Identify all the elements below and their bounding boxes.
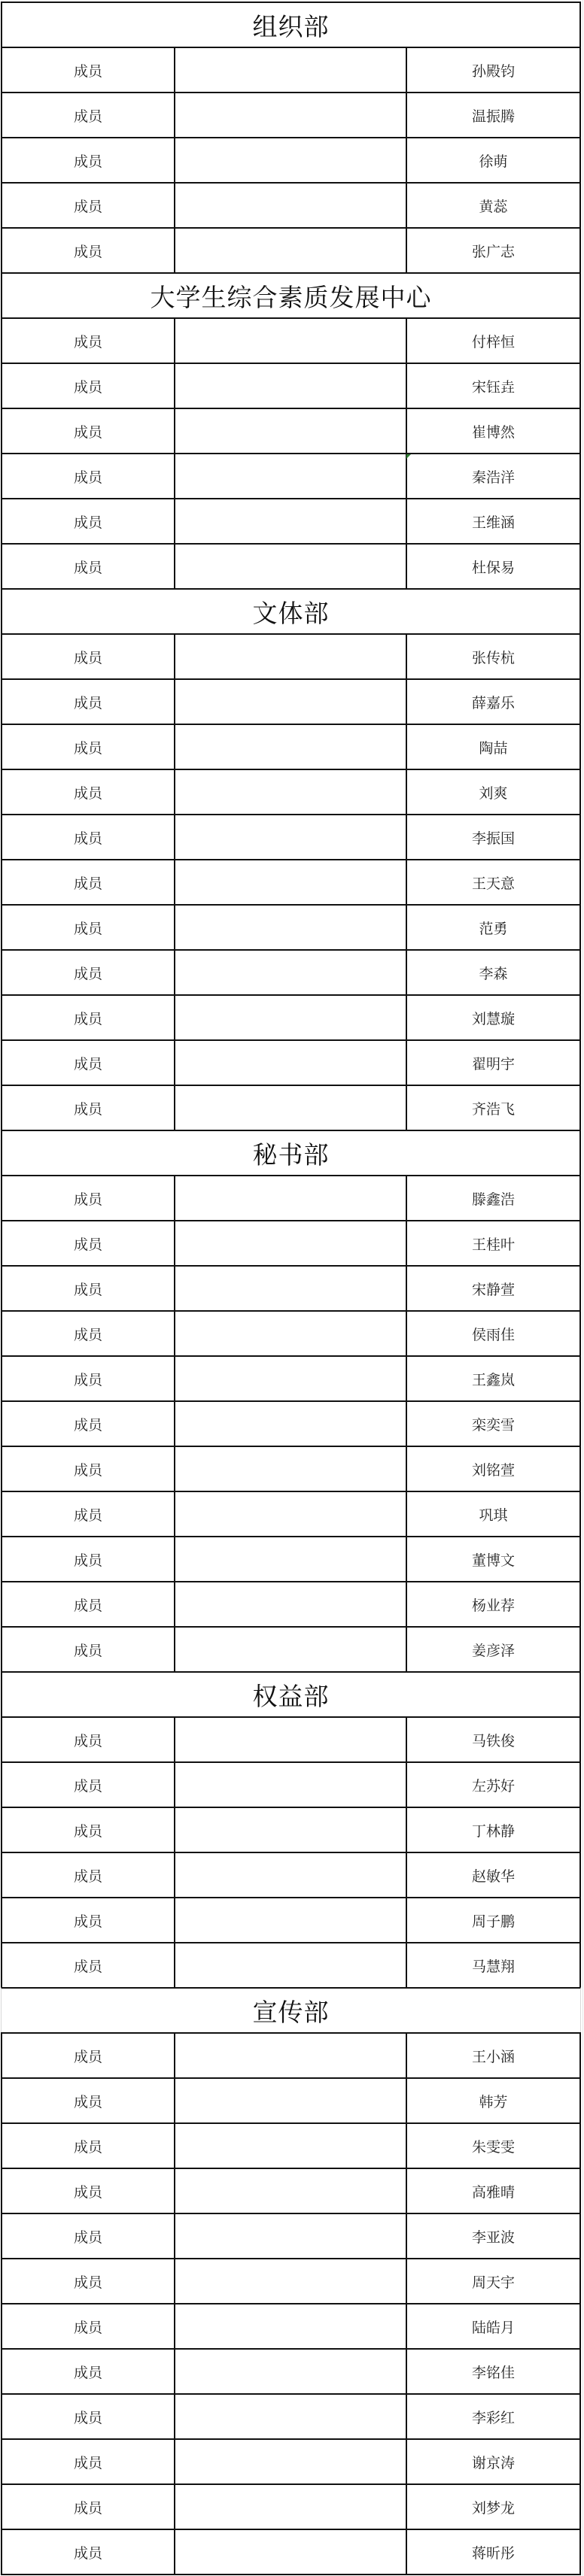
role-cell[interactable]: 成员	[2, 1943, 175, 1987]
blank-cell[interactable]	[175, 635, 407, 678]
name-cell[interactable]: 张传杭	[407, 635, 579, 678]
blank-cell[interactable]	[175, 1943, 407, 1987]
name-cell[interactable]: 赵敏华	[407, 1853, 579, 1897]
role-cell[interactable]: 成员	[2, 1763, 175, 1807]
error-indicator-icon	[406, 454, 411, 459]
blank-cell[interactable]	[175, 545, 407, 588]
section-organization: 组织部 成员孙殿钧 成员温振腾 成员徐萌 成员黄蕊 成员张广志	[1, 2, 581, 272]
member-roster-table: 组织部 成员孙殿钧 成员温振腾 成员徐萌 成员黄蕊 成员张广志 大学生综合素质发…	[1, 2, 581, 2575]
table-row[interactable]: 成员姜彦泽	[1, 1626, 581, 1671]
role-cell[interactable]: 成员	[2, 1402, 175, 1446]
blank-cell[interactable]	[175, 1447, 407, 1491]
table-row[interactable]: 成员谢京涛	[1, 2438, 581, 2483]
blank-cell[interactable]	[175, 138, 407, 182]
role-cell[interactable]: 成员	[2, 1086, 175, 1130]
name-cell[interactable]: 崔博然	[407, 409, 579, 453]
name-cell[interactable]: 王桂叶	[407, 1221, 579, 1265]
table-row[interactable]: 成员马慧翔	[1, 1942, 581, 1987]
table-row[interactable]: 成员秦浩洋	[1, 453, 581, 498]
table-row[interactable]: 成员李铭佳	[1, 2348, 581, 2393]
role-cell[interactable]: 成员	[2, 1537, 175, 1581]
section-title: 权益部	[1, 1671, 581, 1716]
blank-cell[interactable]	[175, 725, 407, 769]
name-cell[interactable]: 王鑫岚	[407, 1357, 579, 1400]
blank-cell[interactable]	[175, 1402, 407, 1446]
blank-cell[interactable]	[175, 2440, 407, 2483]
blank-cell[interactable]	[175, 1312, 407, 1355]
blank-cell[interactable]	[175, 680, 407, 724]
table-row[interactable]: 成员朱雯雯	[1, 2122, 581, 2168]
name-cell[interactable]: 马铁俊	[407, 1718, 579, 1761]
table-row[interactable]: 成员陶喆	[1, 724, 581, 769]
role-cell[interactable]: 成员	[2, 2214, 175, 2258]
table-row[interactable]: 成员蒋昕彤	[1, 2529, 581, 2574]
blank-cell[interactable]	[175, 409, 407, 453]
role-cell[interactable]: 成员	[2, 499, 175, 543]
blank-cell[interactable]	[175, 1221, 407, 1265]
name-cell[interactable]: 杜保易	[407, 545, 579, 588]
table-row[interactable]: 成员李森	[1, 949, 581, 994]
role-cell[interactable]: 成员	[2, 93, 175, 137]
blank-cell[interactable]	[175, 184, 407, 227]
role-cell[interactable]: 成员	[2, 996, 175, 1039]
blank-cell[interactable]	[175, 815, 407, 859]
role-cell[interactable]: 成员	[2, 2304, 175, 2348]
name-cell[interactable]: 丁林静	[407, 1808, 579, 1852]
name-cell[interactable]: 陆皓月	[407, 2304, 579, 2348]
blank-cell[interactable]	[175, 319, 407, 363]
table-bottom-border	[1, 2574, 581, 2575]
role-cell[interactable]: 成员	[2, 454, 175, 498]
role-cell[interactable]: 成员	[2, 2485, 175, 2529]
table-row[interactable]: 成员孙殿钧	[1, 47, 581, 92]
blank-cell[interactable]	[175, 2079, 407, 2122]
blank-cell[interactable]	[175, 48, 407, 92]
table-row[interactable]: 成员丁林静	[1, 1807, 581, 1852]
table-row[interactable]: 成员翟明宇	[1, 1039, 581, 1085]
role-cell[interactable]: 成员	[2, 770, 175, 814]
table-row[interactable]: 成员王维涵	[1, 498, 581, 543]
role-cell[interactable]: 成员	[2, 680, 175, 724]
role-cell[interactable]: 成员	[2, 2350, 175, 2393]
section-title: 文体部	[1, 588, 581, 633]
blank-cell[interactable]	[175, 2214, 407, 2258]
role-cell[interactable]: 成员	[2, 1312, 175, 1355]
table-row[interactable]: 成员周子鹏	[1, 1897, 581, 1942]
table-row[interactable]: 成员黄蕊	[1, 182, 581, 227]
table-row[interactable]: 成员王桂叶	[1, 1220, 581, 1265]
table-row[interactable]: 成员崔博然	[1, 408, 581, 453]
role-cell[interactable]: 成员	[2, 1853, 175, 1897]
blank-cell[interactable]	[175, 2485, 407, 2529]
table-row[interactable]: 成员董博文	[1, 1536, 581, 1581]
table-row[interactable]: 成员杨业荐	[1, 1581, 581, 1626]
name-cell[interactable]: 刘铭萱	[407, 1447, 579, 1491]
table-row[interactable]: 成员张广志	[1, 227, 581, 272]
sheet-gridline	[582, 0, 583, 2576]
role-cell[interactable]: 成员	[2, 1267, 175, 1310]
blank-cell[interactable]	[175, 906, 407, 949]
table-row[interactable]: 成员刘爽	[1, 769, 581, 814]
section-rights: 权益部 成员马铁俊 成员左苏好 成员丁林静 成员赵敏华 成员周子鹏 成员马慧翔	[1, 1671, 581, 1987]
blank-cell[interactable]	[175, 1853, 407, 1897]
table-row[interactable]: 成员刘慧璇	[1, 994, 581, 1039]
section-secretariat: 秘书部 成员滕鑫浩 成员王桂叶 成员宋静萱 成员侯雨佳 成员王鑫岚 成员栾奕雪 …	[1, 1130, 581, 1671]
blank-cell[interactable]	[175, 860, 407, 904]
table-row[interactable]: 成员宋静萱	[1, 1265, 581, 1310]
name-cell[interactable]: 朱雯雯	[407, 2124, 579, 2168]
blank-cell[interactable]	[175, 2530, 407, 2574]
name-cell[interactable]: 谢京涛	[407, 2440, 579, 2483]
blank-cell[interactable]	[175, 2304, 407, 2348]
name-cell[interactable]: 姜彦泽	[407, 1628, 579, 1671]
role-cell[interactable]: 成员	[2, 48, 175, 92]
name-cell[interactable]: 周天宇	[407, 2259, 579, 2303]
role-cell[interactable]: 成员	[2, 409, 175, 453]
table-row[interactable]: 成员范勇	[1, 904, 581, 949]
blank-cell[interactable]	[175, 454, 407, 498]
name-cell[interactable]: 马慧翔	[407, 1943, 579, 1987]
name-cell[interactable]: 刘慧璇	[407, 996, 579, 1039]
role-cell[interactable]: 成员	[2, 1582, 175, 1626]
blank-cell[interactable]	[175, 1628, 407, 1671]
blank-cell[interactable]	[175, 1357, 407, 1400]
name-cell[interactable]: 付梓恒	[407, 319, 579, 363]
role-cell[interactable]: 成员	[2, 951, 175, 994]
name-cell[interactable]: 董博文	[407, 1537, 579, 1581]
name-cell[interactable]: 齐浩飞	[407, 1086, 579, 1130]
table-row[interactable]: 成员巩琪	[1, 1491, 581, 1536]
blank-cell[interactable]	[175, 1898, 407, 1942]
role-cell[interactable]: 成员	[2, 906, 175, 949]
table-row[interactable]: 成员徐萌	[1, 137, 581, 182]
role-cell[interactable]: 成员	[2, 2079, 175, 2122]
section-title: 大学生综合素质发展中心	[1, 272, 581, 317]
table-row[interactable]: 成员付梓恒	[1, 317, 581, 363]
name-cell[interactable]: 左苏好	[407, 1763, 579, 1807]
blank-cell[interactable]	[175, 1537, 407, 1581]
table-row[interactable]: 成员杜保易	[1, 543, 581, 588]
section-title: 秘书部	[1, 1130, 581, 1175]
role-cell[interactable]: 成员	[2, 2259, 175, 2303]
blank-cell[interactable]	[175, 2259, 407, 2303]
blank-cell[interactable]	[175, 364, 407, 408]
name-cell[interactable]: 王维涵	[407, 499, 579, 543]
table-row[interactable]: 成员王天意	[1, 859, 581, 904]
blank-cell[interactable]	[175, 1041, 407, 1085]
blank-cell[interactable]	[175, 1267, 407, 1310]
role-cell[interactable]: 成员	[2, 860, 175, 904]
role-cell[interactable]: 成员	[2, 1221, 175, 1265]
name-cell[interactable]: 高雅晴	[407, 2169, 579, 2213]
blank-cell[interactable]	[175, 770, 407, 814]
table-row[interactable]: 成员李亚波	[1, 2213, 581, 2258]
name-cell[interactable]: 李铭佳	[407, 2350, 579, 2393]
blank-cell[interactable]	[175, 1086, 407, 1130]
name-cell[interactable]: 徐萌	[407, 138, 579, 182]
name-cell[interactable]: 薛嘉乐	[407, 680, 579, 724]
name-cell[interactable]: 秦浩洋	[407, 454, 579, 498]
name-cell[interactable]: 温振腾	[407, 93, 579, 137]
table-row[interactable]: 成员陆皓月	[1, 2303, 581, 2348]
role-cell[interactable]: 成员	[2, 1718, 175, 1761]
name-cell[interactable]: 黄蕊	[407, 184, 579, 227]
role-cell[interactable]: 成员	[2, 184, 175, 227]
blank-cell[interactable]	[175, 996, 407, 1039]
role-cell[interactable]: 成员	[2, 2440, 175, 2483]
name-cell[interactable]: 范勇	[407, 906, 579, 949]
table-row[interactable]: 成员刘铭萱	[1, 1446, 581, 1491]
table-row[interactable]: 成员马铁俊	[1, 1716, 581, 1761]
role-cell[interactable]: 成员	[2, 815, 175, 859]
table-row[interactable]: 成员周天宇	[1, 2258, 581, 2303]
role-cell[interactable]: 成员	[2, 319, 175, 363]
section-arts-sports: 文体部 成员张传杭 成员薛嘉乐 成员陶喆 成员刘爽 成员李振国 成员王天意 成员…	[1, 588, 581, 1130]
role-cell[interactable]: 成员	[2, 364, 175, 408]
name-cell[interactable]: 滕鑫浩	[407, 1176, 579, 1220]
name-cell[interactable]: 宋钰垚	[407, 364, 579, 408]
role-cell[interactable]: 成员	[2, 1898, 175, 1942]
role-cell[interactable]: 成员	[2, 138, 175, 182]
blank-cell[interactable]	[175, 1492, 407, 1536]
name-cell[interactable]: 翟明宇	[407, 1041, 579, 1085]
role-cell[interactable]: 成员	[2, 2169, 175, 2213]
table-row[interactable]: 成员宋钰垚	[1, 363, 581, 408]
role-cell[interactable]: 成员	[2, 1628, 175, 1671]
table-row[interactable]: 成员温振腾	[1, 92, 581, 137]
table-row[interactable]: 成员栾奕雪	[1, 1400, 581, 1446]
table-row[interactable]: 成员左苏好	[1, 1761, 581, 1807]
blank-cell[interactable]	[175, 93, 407, 137]
section-title: 宣传部	[1, 1987, 581, 2032]
table-row[interactable]: 成员李彩红	[1, 2393, 581, 2438]
name-cell[interactable]: 刘爽	[407, 770, 579, 814]
name-cell[interactable]: 张广志	[407, 229, 579, 272]
role-cell[interactable]: 成员	[2, 1357, 175, 1400]
table-row[interactable]: 成员刘梦龙	[1, 2483, 581, 2529]
name-cell[interactable]: 栾奕雪	[407, 1402, 579, 1446]
table-row[interactable]: 成员王鑫岚	[1, 1355, 581, 1400]
table-row[interactable]: 成员张传杭	[1, 633, 581, 678]
role-cell[interactable]: 成员	[2, 2124, 175, 2168]
role-cell[interactable]: 成员	[2, 1041, 175, 1085]
blank-cell[interactable]	[175, 2169, 407, 2213]
name-cell[interactable]: 李亚波	[407, 2214, 579, 2258]
table-row[interactable]: 成员高雅晴	[1, 2168, 581, 2213]
blank-cell[interactable]	[175, 1763, 407, 1807]
name-cell[interactable]: 王天意	[407, 860, 579, 904]
name-cell[interactable]: 侯雨佳	[407, 1312, 579, 1355]
section-title: 组织部	[1, 2, 581, 47]
table-row[interactable]: 成员齐浩飞	[1, 1085, 581, 1130]
role-cell[interactable]: 成员	[2, 725, 175, 769]
name-cell[interactable]: 巩琪	[407, 1492, 579, 1536]
name-cell[interactable]: 李振国	[407, 815, 579, 859]
name-cell[interactable]: 陶喆	[407, 725, 579, 769]
role-cell[interactable]: 成员	[2, 2034, 175, 2077]
blank-cell[interactable]	[175, 2350, 407, 2393]
blank-cell[interactable]	[175, 951, 407, 994]
name-cell[interactable]: 王小涵	[407, 2034, 579, 2077]
blank-cell[interactable]	[175, 1176, 407, 1220]
blank-cell[interactable]	[175, 229, 407, 272]
name-cell[interactable]: 杨业荐	[407, 1582, 579, 1626]
name-cell[interactable]: 孙殿钧	[407, 48, 579, 92]
name-cell[interactable]: 宋静萱	[407, 1267, 579, 1310]
table-row[interactable]: 成员韩芳	[1, 2077, 581, 2122]
blank-cell[interactable]	[175, 2395, 407, 2438]
name-cell[interactable]: 周子鹏	[407, 1898, 579, 1942]
role-cell[interactable]: 成员	[2, 229, 175, 272]
table-row[interactable]: 成员薛嘉乐	[1, 678, 581, 724]
role-cell[interactable]: 成员	[2, 1492, 175, 1536]
name-cell[interactable]: 刘梦龙	[407, 2485, 579, 2529]
role-cell[interactable]: 成员	[2, 545, 175, 588]
role-cell[interactable]: 成员	[2, 2395, 175, 2438]
table-row[interactable]: 成员李振国	[1, 814, 581, 859]
role-cell[interactable]: 成员	[2, 1447, 175, 1491]
role-cell[interactable]: 成员	[2, 1808, 175, 1852]
table-row[interactable]: 成员滕鑫浩	[1, 1175, 581, 1220]
blank-cell[interactable]	[175, 2124, 407, 2168]
name-cell[interactable]: 韩芳	[407, 2079, 579, 2122]
blank-cell[interactable]	[175, 1718, 407, 1761]
blank-cell[interactable]	[175, 1582, 407, 1626]
table-row[interactable]: 成员赵敏华	[1, 1852, 581, 1897]
name-cell[interactable]: 李森	[407, 951, 579, 994]
role-cell[interactable]: 成员	[2, 1176, 175, 1220]
name-cell[interactable]: 蒋昕彤	[407, 2530, 579, 2574]
table-row[interactable]: 成员侯雨佳	[1, 1310, 581, 1355]
section-publicity: 宣传部 成员王小涵 成员韩芳 成员朱雯雯 成员高雅晴 成员李亚波 成员周天宇 成…	[1, 1987, 581, 2575]
role-cell[interactable]: 成员	[2, 635, 175, 678]
section-development-center: 大学生综合素质发展中心 成员付梓恒 成员宋钰垚 成员崔博然 成员秦浩洋 成员王维…	[1, 272, 581, 588]
name-cell[interactable]: 李彩红	[407, 2395, 579, 2438]
table-row[interactable]: 成员王小涵	[1, 2032, 581, 2077]
blank-cell[interactable]	[175, 499, 407, 543]
blank-cell[interactable]	[175, 2034, 407, 2077]
blank-cell[interactable]	[175, 1808, 407, 1852]
role-cell[interactable]: 成员	[2, 2530, 175, 2574]
